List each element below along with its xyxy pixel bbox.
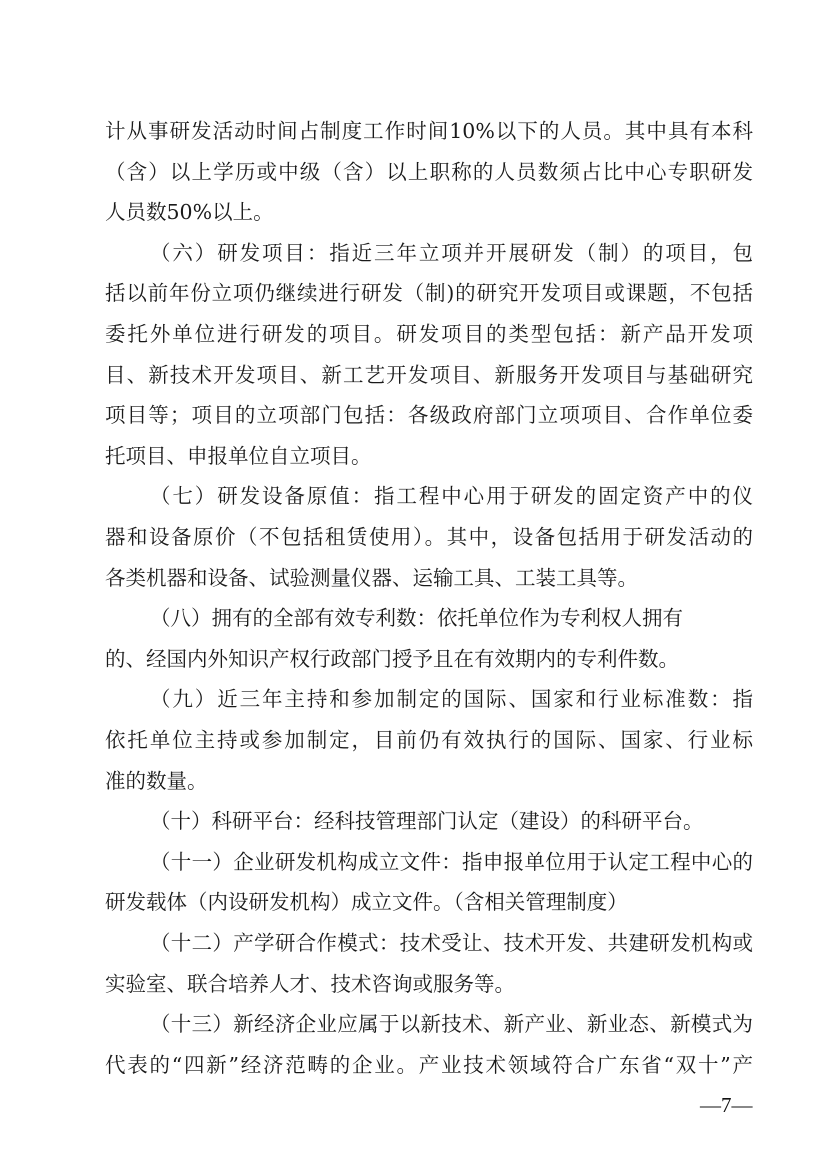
text-line: （十）科研平台：经科技管理部门认定（建设）的科研平台。	[150, 806, 753, 836]
text-line: （九）近三年主持和参加制定的国际、国家和行业标准数：指	[150, 684, 753, 714]
text-line: 目、新技术开发项目、新工艺开发项目、新服务开发项目与基础研究	[105, 360, 753, 390]
text-line: 器和设备原价（不包括租赁使用）。其中，设备包括用于研发活动的	[105, 522, 753, 552]
text-line: 托项目、申报单位自立项目。	[105, 441, 753, 471]
text-line: 项目等；项目的立项部门包括：各级政府部门立项项目、合作单位委	[105, 400, 753, 430]
text-line: 依托单位主持或参加制定，目前仍有效执行的国际、国家、行业标	[105, 725, 753, 755]
document-page: 计从事研发活动时间占制度工作时间10%以下的人员。其中具有本科（含）以上学历或中…	[0, 0, 827, 1169]
text-line: （含）以上学历或中级（含）以上职称的人员数须占比中心专职研发	[105, 157, 753, 187]
text-line: 代表的“四新”经济范畴的企业。产业技术领域符合广东省“双十”产	[105, 1050, 753, 1080]
text-line: 括以前年份立项仍继续进行研发（制)的研究开发项目或课题，不包括	[105, 278, 753, 308]
text-line: （七）研发设备原值：指工程中心用于研发的固定资产中的仪	[150, 481, 753, 511]
text-line: （十一）企业研发机构成立文件：指申报单位用于认定工程中心的	[150, 847, 753, 877]
text-line: 各类机器和设备、试验测量仪器、运输工具、工装工具等。	[105, 563, 753, 593]
text-line: 研发载体（内设研发机构）成立文件。（含相关管理制度）	[105, 887, 753, 917]
text-line: 人员数50%以上。	[105, 197, 753, 227]
page-number: —7—	[700, 1090, 753, 1120]
text-line: 的、经国内外知识产权行政部门授予且在有效期内的专利件数。	[105, 644, 753, 674]
text-line: 计从事研发活动时间占制度工作时间10%以下的人员。其中具有本科	[105, 116, 753, 146]
text-line: （十三）新经济企业应属于以新技术、新产业、新业态、新模式为	[150, 1009, 753, 1039]
text-line: 实验室、联合培养人才、技术咨询或服务等。	[105, 969, 753, 999]
text-line: （八）拥有的全部有效专利数：依托单位作为专利权人拥有	[150, 603, 753, 633]
text-line: 委托外单位进行研发的项目。研发项目的类型包括：新产品开发项	[105, 319, 753, 349]
text-line: 准的数量。	[105, 766, 753, 796]
text-line: （六）研发项目：指近三年立项并开展研发（制）的项目，包	[150, 238, 753, 268]
text-line: （十二）产学研合作模式：技术受让、技术开发、共建研发机构或	[150, 928, 753, 958]
